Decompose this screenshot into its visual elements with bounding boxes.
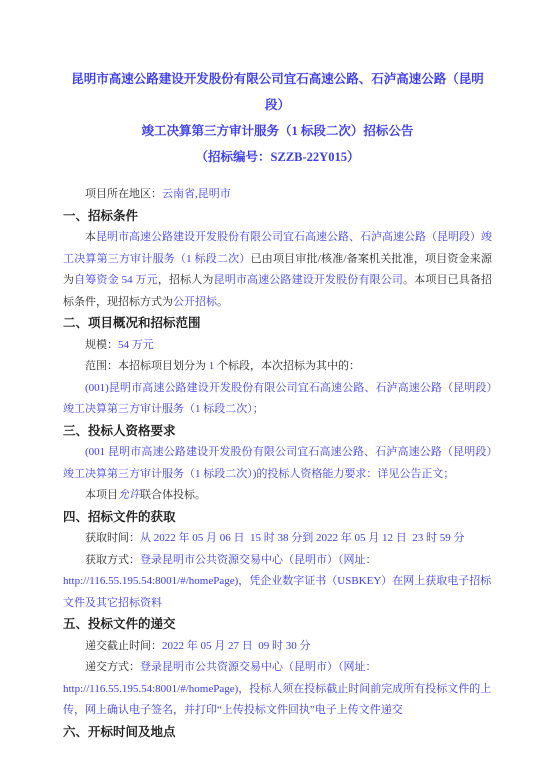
- lot-description-paragraph: (001)昆明市高速公路建设开发股份有限公司宜石高速公路、石泸高速公路（昆明段）…: [63, 378, 492, 421]
- section-2-heading: 二、项目概况和招标范围: [63, 313, 492, 335]
- scope-run-1: 本招标项目划分为: [118, 360, 209, 372]
- obtain-method-label: 获取方式：: [85, 554, 140, 566]
- submit-portal-url: http://116.55.195.54:8001/#/homePage): [63, 683, 238, 695]
- obtain-portal-url: http://116.55.195.54:8001/#/homePage): [63, 575, 238, 587]
- joint-venture-line: 本项目允许联合体投标。: [63, 485, 492, 507]
- jv-allowed-text: 允许: [118, 489, 140, 501]
- section-1-heading: 一、招标条件: [63, 206, 492, 228]
- conditions-run-1: 本: [85, 231, 96, 243]
- scale-label: 规模：: [85, 339, 118, 351]
- tender-number-line: （招标编号：SZZB-22Y015）: [63, 144, 492, 170]
- scope-run-2: 个标段，本次招标为其中的：: [214, 360, 360, 372]
- obtain-time-value: 从 2022 年 05 月 06 日 15 时 38 分到 2022 年 05 …: [140, 532, 465, 544]
- doc-title: 昆明市高速公路建设开发股份有限公司宜石高速公路、石泸高速公路（昆明段） 竣工决算…: [63, 66, 492, 170]
- section-6-heading: 六、开标时间及地点: [63, 722, 492, 744]
- scope-line: 范围：本招标项目划分为 1 个标段，本次招标为其中的：: [63, 356, 492, 378]
- submit-method-paragraph: 递交方式：登录昆明市公共资源交易中心（昆明市）（网址：http://116.55…: [63, 657, 492, 722]
- submit-deadline-label: 递交截止时间：: [85, 640, 162, 652]
- jv-run-2: 联合体投标。: [140, 489, 206, 501]
- project-location-label: 项目所在地区：: [85, 188, 162, 200]
- submit-method-run-1: 登录昆明市公共资源交易中心（昆明市）（网址：: [140, 661, 377, 673]
- obtain-method-run-1: 登录昆明市公共资源交易中心（昆明市）（网址：: [140, 554, 377, 566]
- scale-line: 规模：54 万元: [63, 335, 492, 357]
- obtain-time-label: 获取时间：: [85, 532, 140, 544]
- tender-conditions-paragraph: 本昆明市高速公路建设开发股份有限公司宜石高速公路、石泸高速公路（昆明段）竣工决算…: [63, 227, 492, 313]
- submit-deadline-value: 2022 年 05 月 27 日 09 时 30 分: [162, 640, 311, 652]
- project-location-value: 云南省,昆明市: [162, 188, 231, 200]
- section-4-heading: 四、招标文件的获取: [63, 507, 492, 529]
- jv-run-1: 本项目: [85, 489, 118, 501]
- funding-source-text: 自筹资金 54 万元: [74, 274, 158, 286]
- scope-label: 范围：: [85, 360, 118, 372]
- conditions-run-9: 。: [217, 296, 228, 308]
- section-5-heading: 五、投标文件的递交: [63, 614, 492, 636]
- document-page: 昆明市高速公路建设开发股份有限公司宜石高速公路、石泸高速公路（昆明段） 竣工决算…: [0, 0, 554, 783]
- scale-value: 54 万元: [118, 339, 154, 351]
- doc-title-line-1: 昆明市高速公路建设开发股份有限公司宜石高速公路、石泸高速公路（昆明段）: [63, 66, 492, 118]
- submit-method-label: 递交方式：: [85, 661, 140, 673]
- project-location-line: 项目所在地区：云南省,昆明市: [63, 184, 492, 206]
- tenderer-name-text: 昆明市高速公路建设开发股份有限公司: [214, 274, 403, 286]
- qualification-paragraph: (001 昆明市高速公路建设开发股份有限公司宜石高速公路、石泸高速公路（昆明段）…: [63, 442, 492, 485]
- tender-method-text: 公开招标: [173, 296, 217, 308]
- doc-title-line-2: 竣工决算第三方审计服务（1 标段二次）招标公告: [63, 118, 492, 144]
- section-3-heading: 三、投标人资格要求: [63, 421, 492, 443]
- submit-deadline-line: 递交截止时间：2022 年 05 月 27 日 09 时 30 分: [63, 636, 492, 658]
- obtain-method-paragraph: 获取方式：登录昆明市公共资源交易中心（昆明市）（网址：http://116.55…: [63, 550, 492, 615]
- conditions-run-5: ，招标人为: [158, 274, 214, 286]
- obtain-time-line: 获取时间：从 2022 年 05 月 06 日 15 时 38 分到 2022 …: [63, 528, 492, 550]
